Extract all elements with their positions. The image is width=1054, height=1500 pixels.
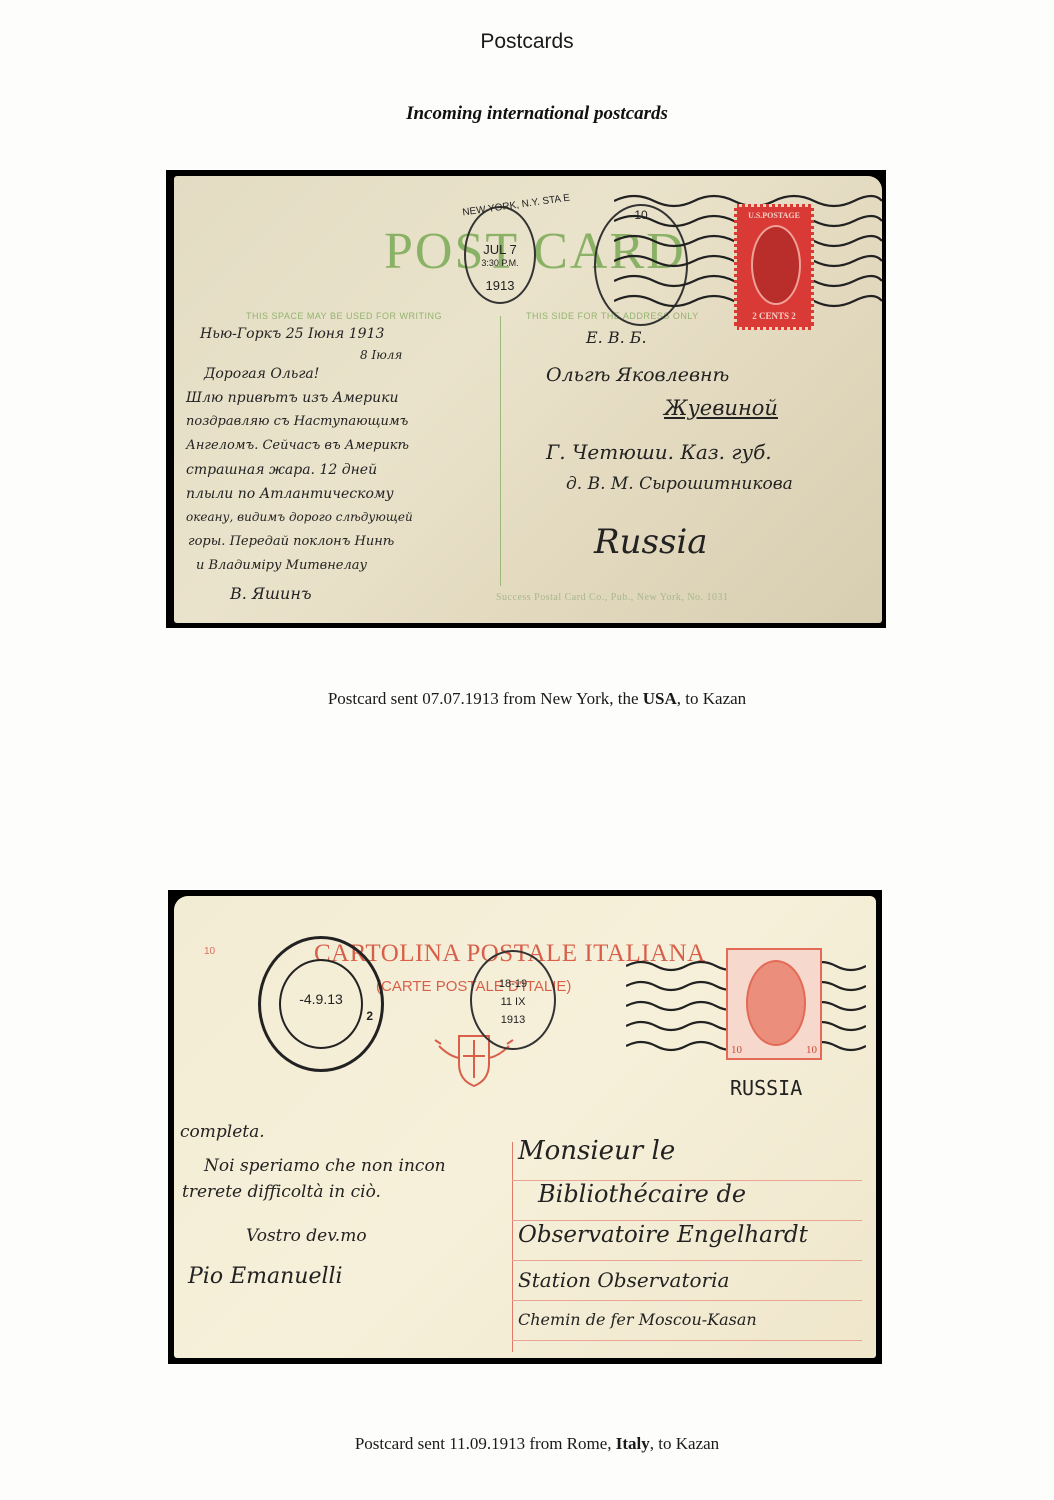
address-line: Monsieur le bbox=[518, 1136, 675, 1166]
italy-10-centesimi-stamp: 10 10 bbox=[726, 948, 822, 1060]
address-line: Е. В. Б. bbox=[586, 328, 647, 347]
publisher-imprint: Success Postal Card Co., Pub., New York,… bbox=[496, 592, 729, 603]
new-york-postmark: JUL 7 3:30 P.M. 1913 bbox=[464, 206, 536, 304]
postcard-usa: POST CARD THIS SPACE MAY BE USED FOR WRI… bbox=[174, 176, 882, 623]
message-line: плыли по Атлантическому bbox=[186, 486, 394, 502]
caption-card-2: Postcard sent 11.09.1913 from Rome, Ital… bbox=[0, 1434, 1054, 1454]
page-subtitle: Incoming international postcards bbox=[0, 103, 1054, 125]
message-line: Дорогая Ольга! bbox=[204, 366, 319, 382]
message-line: Нью-Горкъ 25 Іюня 1913 bbox=[200, 326, 384, 342]
address-line: Chemin de fer Moscou-Kasan bbox=[518, 1310, 757, 1329]
us-2-cent-stamp: U.S.POSTAGE 2 CENTS 2 bbox=[734, 204, 814, 330]
address-line: Жуевиной bbox=[664, 396, 778, 420]
writing-space-label: THIS SPACE MAY BE USED FOR WRITING bbox=[246, 311, 442, 321]
message-line: горы. Передай поклонъ Нинѣ bbox=[188, 534, 394, 549]
king-portrait bbox=[746, 960, 806, 1046]
kazan-arrival-postmark: -4.9.13 2 bbox=[258, 936, 384, 1072]
address-line: д. В. М. Сырошитникова bbox=[566, 474, 793, 494]
message-line: trerete difficoltà in ciò. bbox=[182, 1182, 381, 1202]
message-line: поздравляю съ Наступающимъ bbox=[186, 414, 408, 429]
message-line: Ангеломъ. Сейчасъ въ Америкѣ bbox=[186, 438, 409, 453]
russia-overprint: RUSSIA bbox=[730, 1076, 802, 1100]
address-line: Observatoire Engelhardt bbox=[518, 1222, 808, 1248]
message-line: страшная жара. 12 дней bbox=[186, 462, 377, 478]
signature: Pio Emanuelli bbox=[188, 1264, 343, 1289]
card-divider bbox=[500, 316, 501, 586]
address-line: Bibliothécaire de bbox=[538, 1180, 746, 1208]
address-line: Ольгѣ Яковлевнѣ bbox=[546, 364, 729, 386]
message-line: Vostro dev.mo bbox=[246, 1226, 367, 1246]
address-country: Russia bbox=[594, 522, 708, 562]
address-line: Station Observatoria bbox=[518, 1268, 729, 1292]
corner-number: 10 bbox=[204, 946, 215, 957]
address-line: Г. Четюши. Каз. губ. bbox=[546, 440, 772, 464]
address-divider bbox=[512, 1142, 513, 1352]
caption-card-1: Postcard sent 07.07.1913 from New York, … bbox=[0, 689, 1054, 709]
message-line: и Владиміру Митвнелау bbox=[196, 558, 367, 573]
page-title: Postcards bbox=[0, 30, 1054, 54]
postcard-italy: 10 CARTOLINA POSTALE ITALIANA (CARTE POS… bbox=[174, 896, 876, 1358]
message-line: Noi speriamo che non incon bbox=[204, 1156, 446, 1176]
message-line: 8 Іюля bbox=[360, 348, 402, 362]
signature: В. Яшинъ bbox=[230, 584, 312, 603]
message-line: completa. bbox=[180, 1122, 265, 1142]
roma-ferrovia-postmark: 18-19 11 IX 1913 bbox=[470, 950, 556, 1050]
washington-portrait bbox=[751, 225, 801, 305]
message-line: океану, видимъ дорого слѣдующей bbox=[186, 510, 413, 524]
message-line: Шлю привѣтъ изъ Америки bbox=[186, 390, 399, 406]
